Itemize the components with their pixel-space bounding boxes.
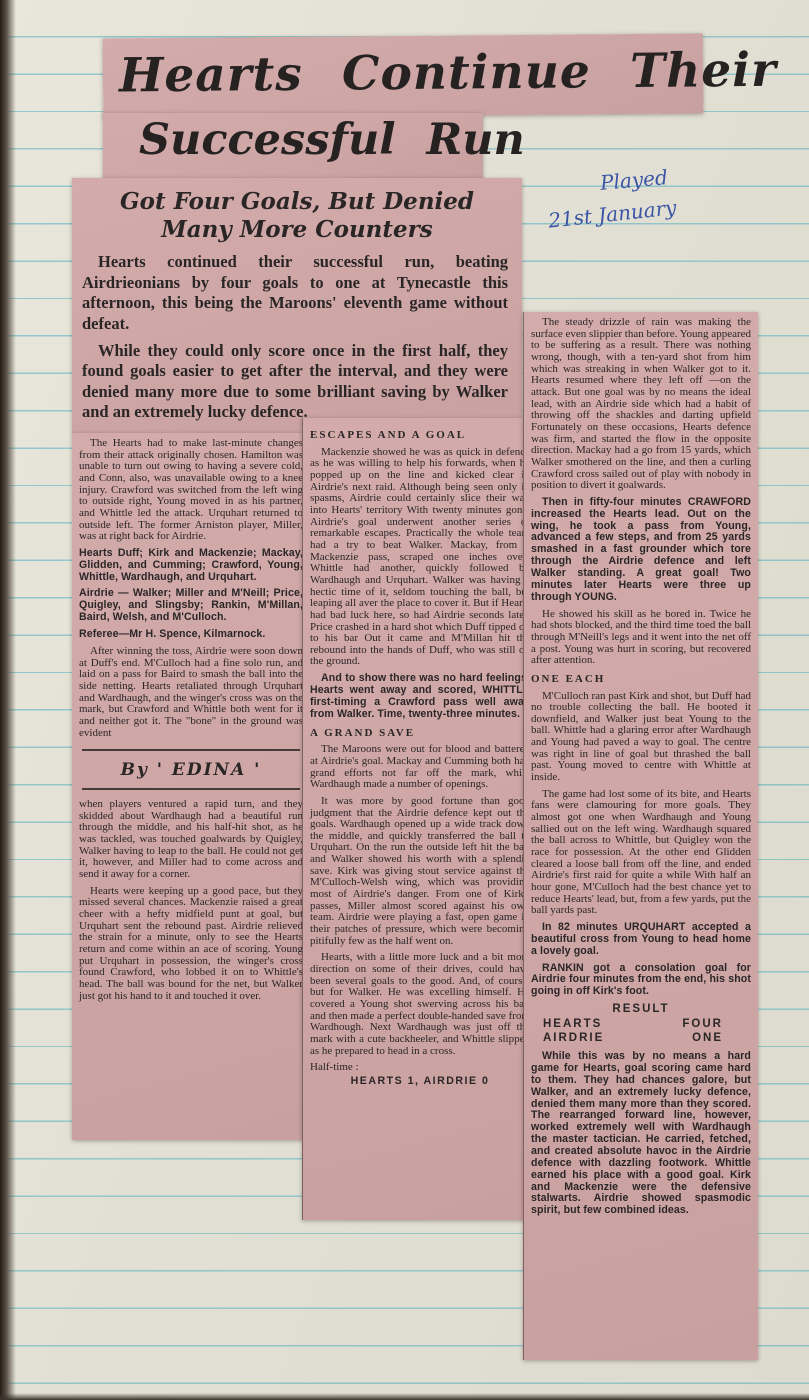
headline-line1: Hearts Continue Their	[103, 33, 704, 103]
result-hearts-label: HEARTS	[543, 1018, 602, 1030]
clipping-headline-line2: Successful Run	[103, 113, 483, 180]
referee-line: Referee—Mr H. Spence, Kilmarnock.	[79, 629, 303, 641]
left-para2: After winning the toss, Airdrie were soo…	[79, 646, 303, 739]
section-heading-one-each: ONE EACH	[531, 674, 751, 686]
intro-block: Hearts continued their successful run, b…	[72, 252, 522, 423]
handwritten-note-played: Played	[599, 165, 669, 195]
column-right: The steady drizzle of rain was making th…	[523, 312, 758, 1360]
left-para1: The Hearts had to make last-minute chang…	[79, 438, 303, 543]
halftime-label: Half-time :	[310, 1062, 530, 1074]
subheadline-line2: Many More Counters	[72, 216, 522, 244]
column-left: The Hearts had to make last-minute chang…	[72, 433, 311, 1140]
right-para2: He showed his skill as he bored in. Twic…	[531, 609, 751, 667]
clipping-intro: Got Four Goals, But Denied Many More Cou…	[72, 178, 522, 434]
right-bold-urquhart-goal: In 82 minutes URQUHART accepted a beauti…	[531, 922, 751, 958]
right-para3: M'Culloch ran past Kirk and shot, but Du…	[531, 691, 751, 784]
result-airdrie-label: AIRDRIE	[543, 1032, 604, 1044]
right-para4: The game had lost some of its bite, and …	[531, 789, 751, 917]
middle-para4: Hearts, with a little more luck and a bi…	[310, 952, 530, 1057]
subheadline-line1: Got Four Goals, But Denied	[72, 188, 522, 216]
result-row-airdrie: AIRDRIE ONE	[531, 1031, 751, 1045]
intro-para1: Hearts continued their successful run, b…	[82, 252, 508, 335]
page-bottom-edge	[0, 1393, 809, 1400]
hearts-team-list: Hearts Duff; Kirk and Mackenzie; Mackay,…	[79, 548, 303, 584]
halftime-score: HEARTS 1, AIRDRIE 0	[310, 1076, 530, 1088]
result-airdrie-score: ONE	[692, 1032, 723, 1044]
middle-para2: The Maroons were out for blood and batte…	[310, 744, 530, 791]
result-hearts-score: FOUR	[682, 1018, 723, 1030]
right-para5-summary: While this was by no means a hard game f…	[531, 1051, 751, 1217]
middle-para1: Mackenzie showed he was as quick in defe…	[310, 447, 530, 668]
section-heading-escapes: ESCAPES AND A GOAL	[310, 430, 530, 442]
section-heading-grand-save: A GRAND SAVE	[310, 728, 530, 740]
result-heading: RESULT	[531, 1003, 751, 1015]
middle-bold-goal: And to show there was no hard feelings, …	[310, 673, 530, 720]
right-bold-rankin-goal: RANKIN got a consolation goal for Airdri…	[531, 963, 751, 999]
right-bold-crawford-goal: Then in fifty-four minutes CRAWFORD incr…	[531, 497, 751, 604]
intro-para2: While they could only score once in the …	[82, 341, 508, 424]
handwritten-note-date: 21st January	[547, 195, 677, 232]
clipping-headline-line1: Hearts Continue Their	[103, 33, 704, 118]
column-middle: ESCAPES AND A GOAL Mackenzie showed he w…	[302, 418, 538, 1220]
left-para3: when players ventured a rapid turn, and …	[79, 799, 303, 881]
page-left-edge	[0, 0, 16, 1400]
left-para4: Hearts were keeping up a good pace, but …	[79, 886, 303, 1003]
byline-box: By ' EDINA '	[82, 749, 300, 790]
middle-para3: It was more by good fortune than good ju…	[310, 796, 530, 948]
right-para1: The steady drizzle of rain was making th…	[531, 317, 751, 492]
result-row-hearts: HEARTS FOUR	[531, 1017, 751, 1031]
headline-line2: Successful Run	[103, 113, 483, 165]
airdrie-team-list: Airdrie — Walker; Miller and M'Neill; Pr…	[79, 588, 303, 624]
scrapbook-page: Played 21st January Hearts Continue Thei…	[0, 0, 809, 1400]
subheadline: Got Four Goals, But Denied Many More Cou…	[72, 178, 522, 244]
